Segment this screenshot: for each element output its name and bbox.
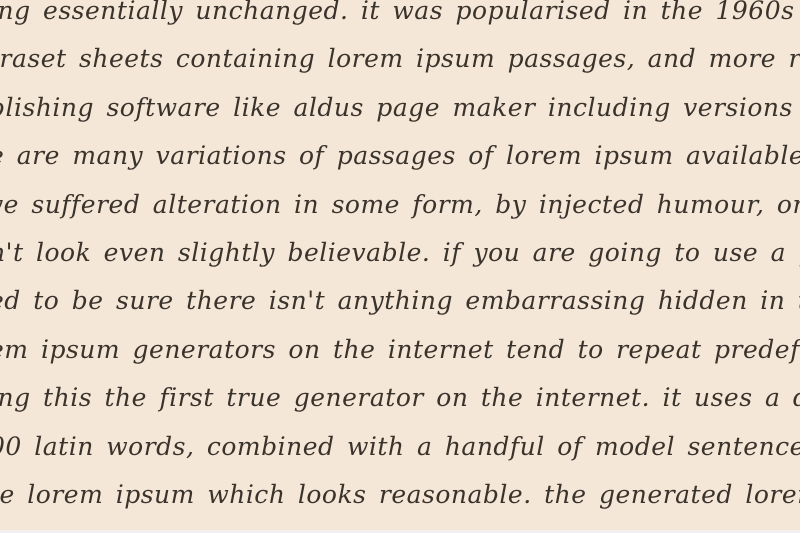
text-line: ing this the first true generator on the… xyxy=(0,374,800,422)
text-line: ve suffered alteration in some form, by … xyxy=(0,181,800,229)
specimen-text-block: ing essentially unchanged. it was popula… xyxy=(0,0,800,519)
text-line-content: ed to be sure there isn't anything embar… xyxy=(0,277,800,325)
text-line: n't look even slightly believable. if yo… xyxy=(0,229,800,277)
font-specimen-page: ing essentially unchanged. it was popula… xyxy=(0,0,800,533)
text-line: ing essentially unchanged. it was popula… xyxy=(0,0,800,35)
text-line-content: ing essentially unchanged. it was popula… xyxy=(0,0,800,35)
text-line-content: em ipsum generators on the internet tend… xyxy=(0,326,800,374)
text-line-content: blishing software like aldus page maker … xyxy=(0,84,800,132)
text-line-content: 00 latin words, combined with a handful … xyxy=(0,423,800,471)
text-line-content: te lorem ipsum which looks reasonable. t… xyxy=(0,471,800,519)
text-line-content: e are many variations of passages of lor… xyxy=(0,132,800,180)
text-line: ed to be sure there isn't anything embar… xyxy=(0,277,800,325)
text-line-content: ve suffered alteration in some form, by … xyxy=(0,181,800,229)
text-line: e are many variations of passages of lor… xyxy=(0,132,800,180)
text-line-content: ing this the first true generator on the… xyxy=(0,374,800,422)
text-line: traset sheets containing lorem ipsum pas… xyxy=(0,35,800,83)
text-line: em ipsum generators on the internet tend… xyxy=(0,326,800,374)
text-line: blishing software like aldus page maker … xyxy=(0,84,800,132)
text-line-content: traset sheets containing lorem ipsum pas… xyxy=(0,35,800,83)
text-line-content: n't look even slightly believable. if yo… xyxy=(0,229,800,277)
text-line: 00 latin words, combined with a handful … xyxy=(0,423,800,471)
text-line: te lorem ipsum which looks reasonable. t… xyxy=(0,471,800,519)
